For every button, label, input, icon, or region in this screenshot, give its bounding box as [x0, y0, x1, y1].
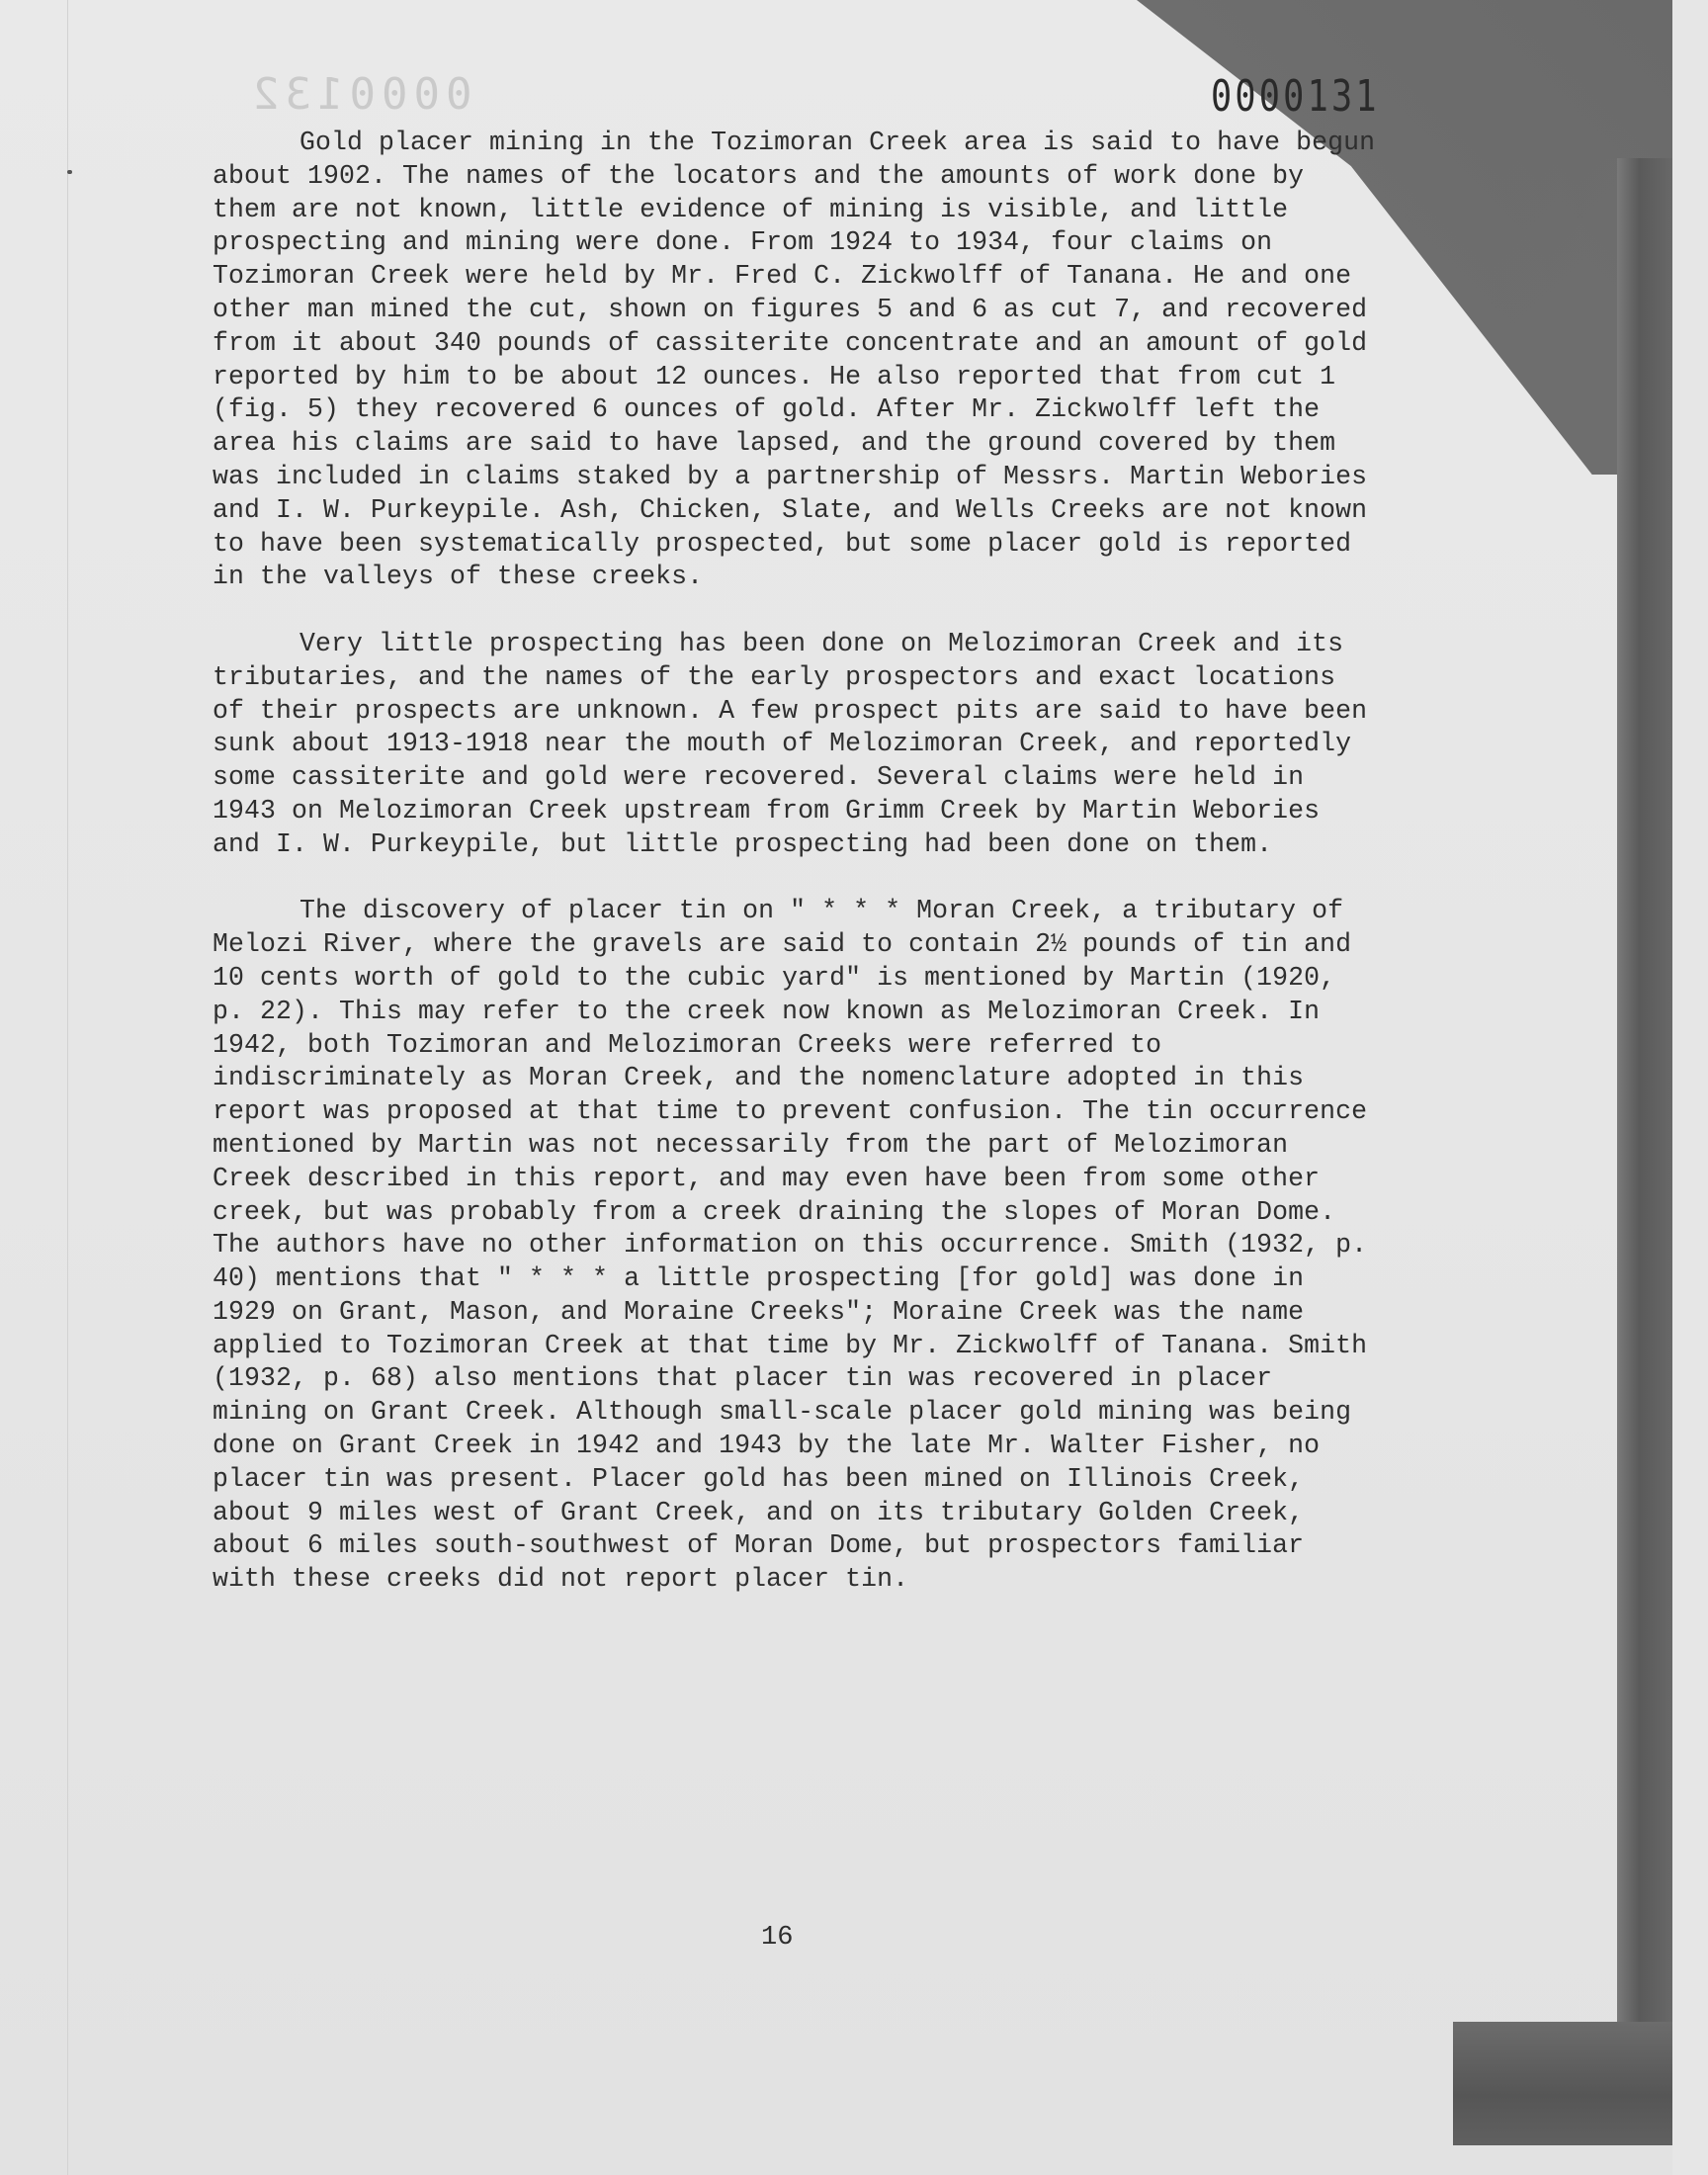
scanned-page: 0000132 0000131 Gold placer mining in th…	[0, 0, 1708, 2175]
paragraph-tozimoran-history: Gold placer mining in the Tozimoran Cree…	[213, 127, 1379, 594]
bleed-through-page-stamp: 0000132	[247, 69, 471, 120]
body-text: Gold placer mining in the Tozimoran Cree…	[213, 127, 1379, 1630]
left-margin-rule	[67, 0, 68, 2175]
paragraph-melozimoran-prospecting: Very little prospecting has been done on…	[213, 628, 1379, 862]
paragraph-placer-tin-discovery: The discovery of placer tin on " * * * M…	[213, 895, 1379, 1597]
scan-speck	[67, 170, 72, 174]
document-stamp-number: 0000131	[1211, 71, 1380, 122]
page-number: 16	[761, 1923, 793, 1953]
bottom-right-shadow	[1453, 2022, 1672, 2145]
right-edge-shadow	[1617, 158, 1672, 2145]
right-margin	[1672, 0, 1708, 2175]
